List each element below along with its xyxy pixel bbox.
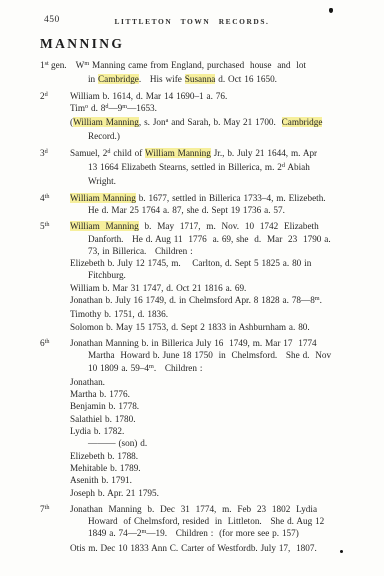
text-segment: gen. <box>49 60 67 70</box>
text-segment: d. 8 <box>88 103 105 113</box>
entry-line: William b. 1614, d. Mar 14 1690–1 a. 76. <box>0 90 384 102</box>
text-segment: W <box>70 60 84 70</box>
text-segment: m <box>84 60 89 67</box>
entry-line: Martha Howard b. June 18 1750 in Chelmsf… <box>0 349 384 361</box>
highlighted-text: Cambridge <box>98 74 139 84</box>
entry-line: Salathiel b. 1780. <box>0 413 384 425</box>
entries: 1st gen. Wm Manning came from England, p… <box>0 59 384 558</box>
text-segment: Elizebeth b. 1788. <box>70 451 138 461</box>
text-segment: Asenith b. 1791. <box>70 475 132 485</box>
text-segment: Elizebeth b. July 12 1745, m. Carlton, d… <box>70 258 311 268</box>
generation-marker: 6th <box>40 337 49 351</box>
entry-line: Jonathan. <box>0 376 384 388</box>
text-segment: 3 <box>40 148 45 158</box>
entry-line: Elizebeth b. 1788. <box>0 450 384 462</box>
text-segment: He d. Mar 25 1764 a. 87, she d. Sept 19 … <box>88 205 285 215</box>
text-segment: b. 1677, settled in Billerica 1733–4, m.… <box>136 193 326 203</box>
entry-line: Otis m. Dec 10 1833 Ann C. Carter of Wes… <box>0 542 384 554</box>
generation-marker: 1st gen. <box>40 59 67 73</box>
entry-line: Elizebeth b. July 12 1745, m. Carlton, d… <box>0 257 384 269</box>
text-segment: st <box>45 60 49 67</box>
entry-line: Mehitable b. 1789. <box>0 462 384 474</box>
entry-line: Record.) <box>0 130 384 142</box>
text-segment: —9 <box>108 103 122 113</box>
text-segment: Jonathan b. July 16 1749, d. in Chelmsfo… <box>70 295 315 305</box>
text-segment: Jonathan Manning b. in Billerica July 16… <box>70 338 317 348</box>
entry-line: Timothy b. 1751, d. 1836. <box>0 308 384 320</box>
entry-line: Howard of Chelmsford, resided in Littlet… <box>0 515 384 527</box>
entry-line: He d. Mar 25 1764 a. 87, she d. Sept 19 … <box>0 204 384 216</box>
text-segment: 1 <box>40 60 45 70</box>
text-segment: Martha Howard b. June 18 1750 in Chelmsf… <box>88 350 331 360</box>
text-segment: Solomon b. May 15 1753, d. Sept 2 1833 i… <box>70 322 310 332</box>
generation-marker: 5th <box>40 220 49 234</box>
entry-line: Asenith b. 1791. <box>0 474 384 486</box>
text-segment: Manning came from England, purchased hou… <box>89 60 306 70</box>
entry-line: Solomon b. May 15 1753, d. Sept 2 1833 i… <box>0 321 384 333</box>
genealogy-entry: 2dWilliam b. 1614, d. Mar 14 1690–1 a. 7… <box>0 90 384 143</box>
entry-line: 1849 a. 74—2m—19. Children : (for more s… <box>0 527 384 541</box>
genealogy-entry: 5thWilliam Manning b. May 1717, m. Nov. … <box>0 220 384 333</box>
entry-line: 13 1664 Elizabeth Stearns, settled in Bi… <box>0 161 384 175</box>
entry-line: (William Manning, s. Jona and Sarah, b. … <box>0 116 384 130</box>
entry-line: ——— (son) d. <box>0 437 384 449</box>
entry-line: Martha b. 1776. <box>0 388 384 400</box>
text-segment: 73, in Billerica. Children : <box>88 246 193 256</box>
text-segment: 13 1664 Elizabeth Stearns, settled in Bi… <box>88 162 282 172</box>
text-segment: ——— (son) d. <box>88 438 147 448</box>
text-segment: Otis m. Dec 10 1833 Ann C. Carter of Wes… <box>70 543 317 553</box>
text-segment: th <box>45 338 50 345</box>
text-segment: 2 <box>40 91 45 101</box>
text-segment: Mehitable b. 1789. <box>70 463 141 473</box>
text-segment: b. May 1717, m. Nov. 10 1742 Elizabeth <box>139 221 319 231</box>
text-segment: . His wife <box>139 74 185 84</box>
text-segment: Jr., b. July 21 1644, m. Apr <box>211 148 317 158</box>
text-segment: , s. Jon <box>139 117 166 127</box>
text-segment: d <box>45 91 48 98</box>
text-segment: Jonathan. <box>70 377 105 387</box>
text-segment: th <box>45 193 50 200</box>
entry-line: Fitchburg. <box>0 269 384 281</box>
text-segment: Timothy b. 1751, d. 1836. <box>70 309 168 319</box>
genealogy-entry: 1st gen. Wm Manning came from England, p… <box>0 59 384 86</box>
text-segment: Joseph b. Apr. 21 1795. <box>70 488 159 498</box>
text-segment: d. Oct 16 1650. <box>215 74 277 84</box>
entry-line: Jonathan Manning b. Dec 31 1774, m. Feb … <box>0 503 384 515</box>
entry-line: William Manning b. May 1717, m. Nov. 10 … <box>0 220 384 232</box>
text-segment: Record.) <box>88 131 120 141</box>
text-segment: Benjamin b. 1778. <box>70 401 139 411</box>
text-segment: William b. 1614, d. Mar 14 1690–1 a. 76. <box>70 91 227 101</box>
text-segment: Tim <box>70 103 85 113</box>
text-segment: William b. Mar 31 1747, d. Oct 21 1816 a… <box>70 283 246 293</box>
entry-line: 10 1809 a. 59–4m. Children : <box>0 362 384 376</box>
genealogy-entry: 6thJonathan Manning b. in Billerica July… <box>0 337 384 499</box>
section-title: MANNING <box>40 36 124 52</box>
text-segment: 5 <box>40 221 45 231</box>
running-header: LITTLETON TOWN RECORDS. <box>0 17 384 26</box>
text-segment: —1653. <box>127 103 157 113</box>
text-segment: —19. Children : (for more see p. 157) <box>146 528 298 538</box>
entry-line: Lydia b. 1782. <box>0 425 384 437</box>
text-segment: d <box>282 162 285 169</box>
text-segment: d <box>45 148 48 155</box>
text-segment: child of <box>110 148 145 158</box>
text-segment: d <box>107 148 110 155</box>
text-segment: Martha b. 1776. <box>70 389 130 399</box>
text-segment: 7 <box>40 504 45 514</box>
ink-spot-top-right <box>329 8 333 13</box>
text-segment: th <box>45 504 50 511</box>
highlighted-text: William Manning <box>70 221 139 231</box>
text-segment: Wright. <box>88 176 116 186</box>
entry-line: Benjamin b. 1778. <box>0 400 384 412</box>
text-segment: th <box>45 221 50 228</box>
text-segment: m <box>149 363 154 370</box>
generation-marker: 3d <box>40 147 48 161</box>
entry-line: William Manning b. 1677, settled in Bill… <box>0 192 384 204</box>
highlighted-text: Cambridge <box>282 117 323 127</box>
entry-line: Joseph b. Apr. 21 1795. <box>0 487 384 499</box>
text-segment: and Sarah, b. May 21 1700. <box>168 117 281 127</box>
text-segment: 1849 a. 74—2 <box>88 528 142 538</box>
genealogy-entry: 4thWilliam Manning b. 1677, settled in B… <box>0 192 384 217</box>
text-segment: m <box>122 103 127 110</box>
text-segment: in <box>88 74 98 84</box>
highlighted-text: William Manning <box>70 193 136 203</box>
text-segment: Fitchburg. <box>88 270 126 280</box>
text-segment: Abiah <box>285 162 310 172</box>
text-segment: Danforth. He d. Aug 11 1776 a. 69, she d… <box>88 234 331 244</box>
text-segment: m <box>315 295 320 302</box>
entry-line: William b. Mar 31 1747, d. Oct 21 1816 a… <box>0 282 384 294</box>
text-segment: Lydia b. 1782. <box>70 426 124 436</box>
genealogy-entry: 7thJonathan Manning b. Dec 31 1774, m. F… <box>0 503 384 554</box>
scanned-book-page: 450 LITTLETON TOWN RECORDS. MANNING 1st … <box>0 0 384 576</box>
entry-line: Danforth. He d. Aug 11 1776 a. 69, she d… <box>0 233 384 245</box>
entry-line: Jonathan Manning b. in Billerica July 16… <box>0 337 384 349</box>
highlighted-text: Susanna <box>185 74 216 84</box>
generation-marker: 2d <box>40 90 48 104</box>
text-segment: o <box>85 103 88 110</box>
highlighted-text: William Manning <box>73 117 139 127</box>
generation-marker: 7th <box>40 503 49 517</box>
text-segment: a <box>166 117 169 124</box>
text-segment: Howard of Chelmsford, resided in Littlet… <box>88 516 324 526</box>
entry-line: Samuel, 2d child of William Manning Jr.,… <box>0 147 384 161</box>
entry-line: Timo d. 8d—9m—1653. <box>0 102 384 116</box>
entry-line: Jonathan b. July 16 1749, d. in Chelmsfo… <box>0 294 384 308</box>
ink-spot-bottom-right <box>340 550 343 553</box>
text-segment: . Children : <box>154 363 203 373</box>
generation-marker: 4th <box>40 192 49 206</box>
text-segment: 6 <box>40 338 45 348</box>
genealogy-entry: 3dSamuel, 2d child of William Manning Jr… <box>0 147 384 188</box>
text-segment: Samuel, 2 <box>70 148 107 158</box>
entry-line: in Cambridge. His wife Susanna d. Oct 16… <box>0 73 384 85</box>
highlighted-text: William Manning <box>145 148 211 158</box>
entry-line: 73, in Billerica. Children : <box>0 245 384 257</box>
text-segment: Salathiel b. 1780. <box>70 414 136 424</box>
text-segment: 10 1809 a. 59–4 <box>88 363 149 373</box>
text-segment: m <box>142 528 147 535</box>
text-segment: Jonathan Manning b. Dec 31 1774, m. Feb … <box>70 504 317 514</box>
text-segment: 4 <box>40 193 45 203</box>
entry-line: Wright. <box>0 175 384 187</box>
